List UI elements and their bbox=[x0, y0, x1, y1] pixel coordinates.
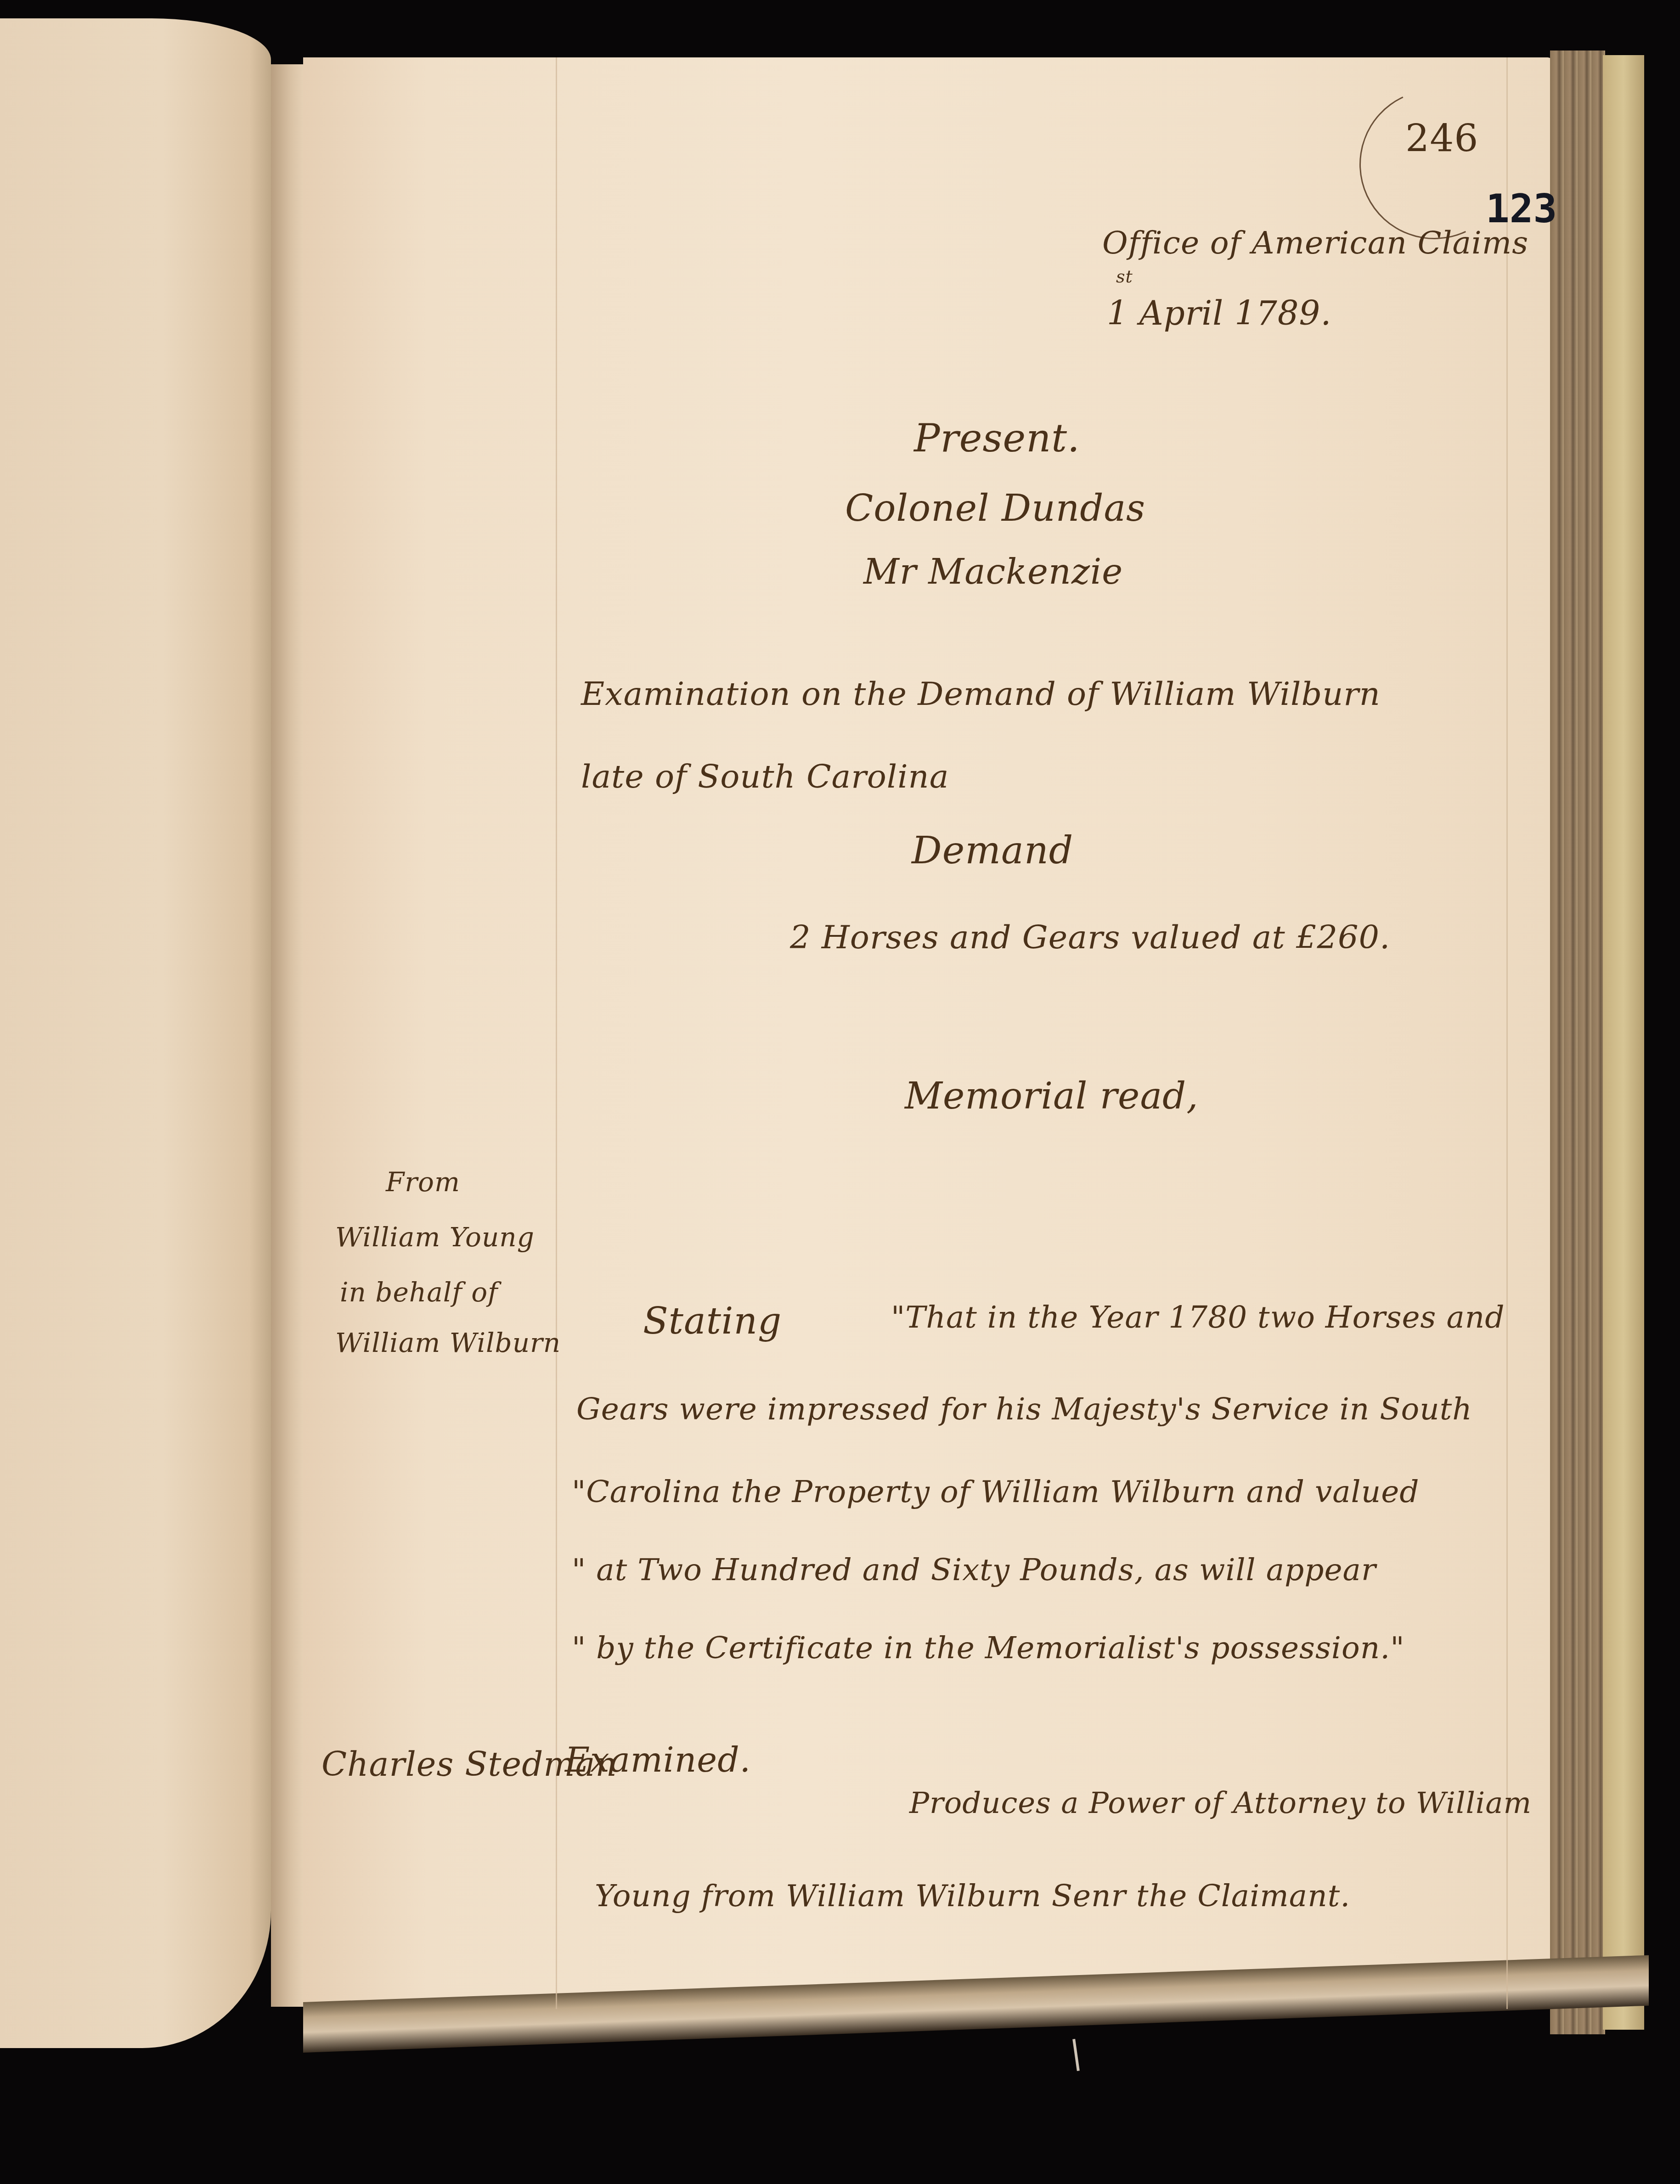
book-cover-edge bbox=[1603, 55, 1644, 2030]
stating-label: Stating bbox=[643, 1300, 782, 1342]
right-manuscript-page bbox=[303, 57, 1552, 2009]
folio-number-handwritten: 246 bbox=[1405, 117, 1479, 161]
page-fore-edge bbox=[1550, 51, 1605, 2034]
examination-line-2: late of South Carolina bbox=[581, 758, 949, 795]
witness-line-1: Produces a Power of Attorney to William bbox=[909, 1786, 1532, 1820]
witness-line-2: Young from William Wilburn Senr the Clai… bbox=[595, 1878, 1350, 1914]
examination-line-1: Examination on the Demand of William Wil… bbox=[581, 675, 1381, 713]
left-blank-page bbox=[0, 18, 271, 2048]
memorial-line-1: "That in the Year 1780 two Horses and bbox=[891, 1300, 1505, 1335]
present-member-2: Mr Mackenzie bbox=[863, 551, 1123, 592]
memorial-line-3: "Carolina the Property of William Wilbur… bbox=[572, 1474, 1419, 1509]
bookmark-ribbon bbox=[1072, 2039, 1080, 2071]
memorial-line-2: Gears were impressed for his Majesty's S… bbox=[576, 1391, 1472, 1427]
left-margin-rule bbox=[556, 57, 557, 2009]
margin-note-line-4: William Wilburn bbox=[335, 1327, 561, 1358]
book-gutter bbox=[271, 64, 308, 2007]
present-label: Present. bbox=[914, 416, 1080, 461]
office-heading: Office of American Claims bbox=[1102, 225, 1528, 261]
right-margin-rule bbox=[1506, 57, 1508, 2009]
meeting-date: 1 April 1789. bbox=[1107, 294, 1331, 332]
date-superscript: st bbox=[1116, 266, 1133, 287]
demand-label: Demand bbox=[912, 829, 1073, 872]
demand-text: 2 Horses and Gears valued at £260. bbox=[790, 918, 1390, 956]
margin-note-line-3: in behalf of bbox=[340, 1277, 498, 1308]
memorial-line-5: " by the Certificate in the Memorialist'… bbox=[572, 1630, 1405, 1666]
memorial-read-label: Memorial read, bbox=[905, 1075, 1199, 1117]
present-member-1: Colonel Dundas bbox=[845, 487, 1145, 529]
margin-note-line-1: From bbox=[386, 1166, 460, 1198]
examined-label: Examined. bbox=[565, 1740, 751, 1780]
memorial-line-4: " at Two Hundred and Sixty Pounds, as wi… bbox=[572, 1552, 1376, 1587]
margin-note-line-2: William Young bbox=[335, 1221, 535, 1253]
